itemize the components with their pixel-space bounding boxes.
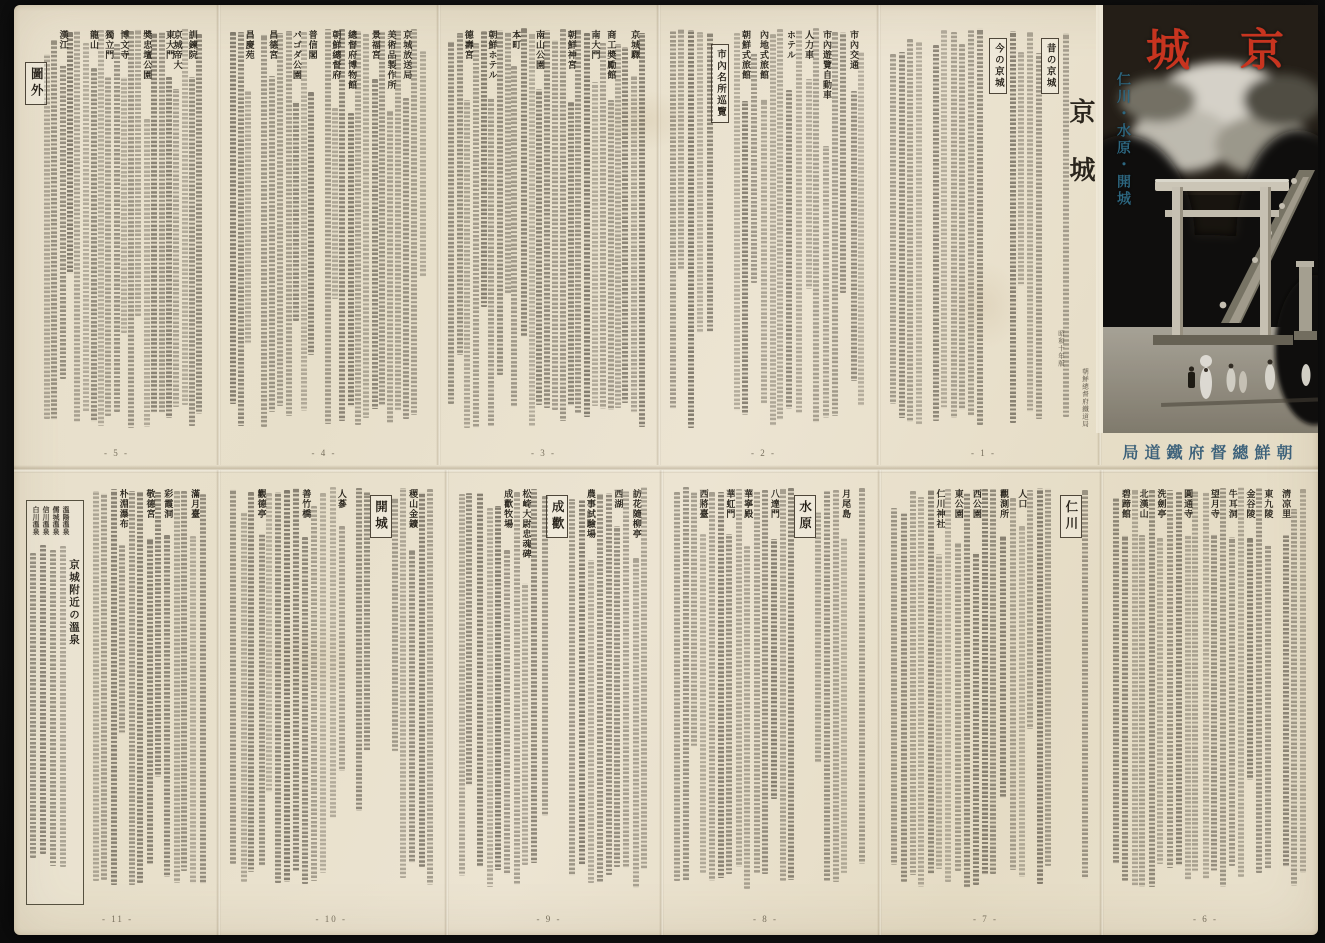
section-header: 西將臺	[698, 489, 711, 519]
text-column	[105, 77, 111, 416]
cover-title-char-1: 京	[1240, 14, 1284, 78]
boxed-title: 市內名所巡覽	[711, 44, 729, 123]
section-header: 松崎大尉忠魂碑	[521, 489, 534, 559]
text-column	[1132, 489, 1138, 886]
fold-line	[444, 470, 449, 935]
text-column	[771, 539, 777, 799]
text-column	[982, 489, 988, 875]
section-header: 內地式旅館	[758, 30, 771, 80]
page-number: - 2 -	[751, 448, 776, 458]
hot-springs-box: 京城附近の溫泉 溫陽溫泉儒城溫泉信川溫泉白川溫泉	[26, 500, 84, 905]
text-column	[1256, 488, 1262, 873]
text-column	[916, 42, 922, 425]
boxed-title: 圖外	[25, 62, 47, 105]
text-column	[736, 489, 742, 867]
text-column	[411, 29, 417, 414]
text-column	[50, 550, 56, 866]
section-header: 朝鮮總督府	[330, 30, 343, 80]
text-column	[147, 538, 153, 864]
text-column	[1211, 534, 1217, 871]
text-column	[907, 39, 913, 422]
section-header: 農事試驗場	[585, 489, 598, 539]
section-header: 華虹門	[724, 489, 737, 519]
text-column	[858, 52, 864, 406]
section-header: 南大門	[589, 30, 602, 60]
text-column	[487, 508, 493, 887]
section-header: 獨立門	[103, 30, 116, 60]
text-column	[44, 54, 50, 420]
cover-publisher: 局道鐵府督總鮮朝	[1103, 433, 1318, 469]
boxed-title: 昔の京城	[1041, 38, 1059, 94]
text-column	[137, 491, 143, 884]
text-column	[181, 491, 187, 871]
section-header: ホテル	[785, 30, 798, 60]
fold-line	[1099, 470, 1104, 935]
text-column	[477, 493, 483, 867]
text-column	[597, 493, 603, 883]
text-column	[51, 40, 57, 421]
section-header: 朝鮮式旅館	[740, 30, 753, 80]
text-column	[83, 43, 89, 412]
page-number: - 1 -	[971, 448, 996, 458]
text-column	[777, 29, 783, 420]
section-header: 圓通寺	[1182, 489, 1195, 519]
section-header: 觀德亭	[256, 489, 269, 519]
section-header: 東公園	[953, 489, 966, 519]
spring-name: 儒城溫泉	[49, 506, 59, 535]
text-column	[320, 493, 326, 873]
section-header: 朝鮮神宮	[566, 30, 579, 70]
text-column	[409, 550, 415, 863]
text-column	[293, 101, 299, 321]
text-column	[786, 90, 792, 409]
page-number: - 11 -	[102, 914, 133, 924]
text-column	[495, 506, 501, 871]
section-header: 市內交通	[848, 30, 861, 70]
section-header: 望月寺	[1209, 489, 1222, 519]
section-header: 淸凉里	[1280, 489, 1293, 519]
text-column	[1010, 31, 1016, 423]
text-column	[173, 89, 179, 407]
section-header: 朝鮮ホテル	[487, 30, 500, 80]
text-column	[1203, 492, 1209, 879]
text-column	[128, 31, 134, 428]
text-column	[951, 32, 957, 418]
text-column	[851, 91, 857, 381]
text-column	[91, 68, 97, 422]
text-column	[639, 33, 645, 427]
section-header: 訪花隨柳亭	[631, 489, 644, 539]
text-column	[674, 492, 680, 881]
section-header: 滿月臺	[189, 489, 202, 519]
text-column	[504, 550, 510, 875]
section-header: パゴダ公園	[291, 30, 304, 80]
text-column	[973, 552, 979, 885]
fold-line	[876, 5, 881, 465]
text-column	[560, 29, 566, 421]
page-number: - 9 -	[537, 914, 562, 924]
text-column	[1229, 537, 1235, 866]
section-header: 人蔘	[336, 489, 349, 509]
section-header: 月尾島	[840, 489, 853, 519]
text-column	[552, 40, 558, 410]
text-column	[1122, 535, 1128, 881]
text-column	[859, 488, 865, 865]
text-column	[977, 28, 983, 425]
section-header: 成歡牧場	[502, 489, 515, 529]
fold-line	[216, 5, 221, 465]
boxed-title: 水原	[794, 495, 816, 538]
text-column	[1265, 545, 1271, 869]
text-column	[275, 492, 281, 883]
text-column	[459, 494, 465, 876]
text-column	[633, 558, 639, 888]
text-column	[30, 553, 36, 859]
text-column	[941, 30, 947, 409]
text-column	[166, 77, 172, 418]
fold-line	[436, 5, 441, 465]
boxed-title: 仁川	[1060, 495, 1082, 538]
page-one-title: 京城	[1062, 98, 1099, 214]
text-column	[1000, 536, 1006, 798]
text-column	[529, 33, 535, 426]
text-column	[1157, 538, 1163, 865]
text-column	[614, 526, 620, 867]
text-column	[1247, 538, 1253, 780]
text-column	[330, 487, 336, 818]
text-column	[277, 33, 283, 405]
text-column	[259, 534, 265, 866]
section-header: 人口	[1016, 489, 1029, 509]
section-header: 昌慶苑	[244, 30, 257, 60]
text-column	[841, 538, 847, 874]
text-column	[403, 98, 409, 419]
text-column	[968, 30, 974, 416]
text-column	[1027, 32, 1033, 411]
text-column	[238, 32, 244, 427]
page-number: - 6 -	[1193, 914, 1218, 924]
text-column	[230, 32, 236, 404]
text-column	[901, 513, 907, 882]
text-column	[339, 526, 345, 771]
text-column	[1027, 490, 1033, 730]
section-header: 洗劍亭	[1155, 489, 1168, 519]
text-column	[248, 492, 254, 872]
text-column	[1283, 535, 1289, 867]
text-column	[833, 490, 839, 882]
text-column	[751, 53, 757, 283]
section-header: 北漢山	[1138, 489, 1151, 519]
text-column	[481, 31, 487, 307]
text-column	[511, 66, 517, 407]
section-header: 本町	[510, 30, 523, 50]
text-column	[40, 545, 46, 854]
text-column	[155, 492, 161, 778]
text-column	[899, 52, 905, 419]
text-column	[990, 489, 996, 874]
boxed-title: 開城	[370, 495, 392, 538]
text-column	[419, 492, 425, 867]
text-column	[588, 560, 594, 883]
text-column	[293, 488, 299, 871]
text-column	[1113, 498, 1119, 864]
section-header: 東九陵	[1262, 489, 1275, 519]
section-header: 博文寺	[118, 30, 131, 60]
text-column	[190, 536, 196, 884]
text-column	[936, 554, 942, 870]
text-column	[569, 499, 575, 877]
text-column	[151, 33, 157, 414]
section-header: 金谷陵	[1245, 489, 1258, 519]
section-header: 西湖	[612, 489, 625, 509]
text-column	[60, 546, 66, 867]
text-column	[631, 76, 637, 413]
section-header: 彩霞洞	[162, 489, 175, 519]
page-number: - 4 -	[312, 448, 337, 458]
page-number: - 5 -	[104, 448, 129, 458]
text-column	[726, 534, 732, 874]
section-header: 牛耳洞	[1227, 489, 1240, 519]
text-column	[1037, 488, 1043, 884]
section-header: 美術品製作所	[385, 30, 398, 90]
text-column	[119, 545, 125, 734]
text-column	[121, 77, 127, 333]
text-column	[111, 489, 117, 885]
text-column	[67, 32, 73, 274]
text-column	[823, 146, 829, 418]
text-column	[364, 492, 370, 751]
fold-line	[877, 470, 882, 935]
text-column	[1019, 526, 1025, 877]
section-header: 漢江	[58, 30, 71, 50]
section-header: 昌德宮	[267, 30, 280, 60]
text-column	[522, 583, 528, 865]
text-column	[301, 32, 307, 411]
text-column	[93, 491, 99, 881]
text-column	[678, 29, 684, 270]
text-column	[420, 51, 426, 277]
cover-title-char-2: 城	[1146, 14, 1190, 78]
spring-name: 白川溫泉	[29, 506, 39, 535]
boxed-title: 今の京城	[989, 38, 1007, 94]
text-column	[933, 45, 939, 421]
text-column	[189, 77, 195, 427]
text-column	[623, 491, 629, 868]
section-header: 德壽宮	[463, 30, 476, 60]
spring-name: 信川溫泉	[39, 506, 49, 535]
text-column	[1192, 491, 1198, 872]
page-number: - 3 -	[531, 448, 556, 458]
text-column	[579, 500, 585, 866]
section-header: 普信閣	[307, 30, 320, 60]
text-column	[348, 113, 354, 407]
text-column	[1139, 535, 1145, 888]
text-column	[311, 506, 317, 881]
section-header: 東大門	[164, 30, 177, 60]
text-column	[813, 28, 819, 423]
text-column	[780, 488, 786, 881]
text-column	[910, 491, 916, 875]
page-number: - 10 -	[316, 914, 348, 924]
boxed-title: 成歡	[546, 495, 568, 538]
edition-note: 昭和十年版	[1056, 330, 1065, 368]
text-column	[1291, 509, 1297, 887]
text-column	[709, 492, 715, 882]
text-column	[1167, 490, 1173, 868]
text-column	[606, 493, 612, 876]
text-column	[101, 493, 107, 880]
text-column	[1018, 52, 1024, 286]
text-column	[325, 29, 331, 425]
publisher-note: 朝鮮總督府鐵道局	[1080, 368, 1089, 428]
text-column	[230, 489, 236, 864]
text-column	[269, 76, 275, 412]
text-column	[542, 496, 548, 816]
text-column	[544, 30, 550, 408]
text-column	[1185, 535, 1191, 881]
text-column	[286, 31, 292, 416]
text-column	[945, 489, 951, 882]
section-header: 善竹橋	[300, 489, 313, 519]
text-column	[60, 65, 66, 380]
text-column	[568, 102, 574, 406]
section-header: 京城驛	[629, 30, 642, 60]
section-header: 市內遊覽自動車	[821, 30, 834, 100]
text-column	[387, 110, 393, 423]
section-header: 訓鍊院	[187, 30, 200, 60]
text-column	[488, 98, 494, 426]
cover-photo	[1103, 5, 1318, 433]
text-column	[135, 29, 141, 316]
text-column	[584, 33, 590, 417]
section-header: 稷山金鑛	[407, 489, 420, 529]
text-column	[200, 494, 206, 885]
text-column	[400, 488, 406, 878]
text-column	[700, 534, 706, 873]
text-column	[1010, 498, 1016, 871]
text-column	[505, 32, 511, 294]
text-column	[806, 79, 812, 289]
text-column	[1176, 492, 1182, 866]
text-column	[1300, 489, 1306, 873]
text-column	[770, 34, 776, 426]
text-column	[840, 32, 846, 293]
text-column	[261, 34, 267, 428]
section-header: 總督府博物館	[346, 30, 359, 90]
text-column	[266, 493, 272, 792]
fold-line	[656, 5, 661, 465]
text-column	[392, 498, 398, 752]
text-column	[241, 512, 247, 882]
text-column	[1082, 490, 1088, 879]
section-header: 京城放送局	[401, 30, 414, 80]
fold-line	[659, 470, 664, 935]
text-column	[164, 535, 170, 877]
text-column	[600, 43, 606, 409]
text-column	[615, 44, 621, 408]
text-column	[824, 491, 830, 881]
text-column	[1149, 490, 1155, 887]
text-column	[363, 34, 369, 418]
text-column	[691, 492, 697, 748]
text-column	[427, 489, 433, 886]
section-header: 南山公園	[534, 30, 547, 70]
text-column	[697, 32, 703, 333]
page-number: - 7 -	[973, 914, 998, 924]
text-column	[761, 99, 767, 404]
text-column	[302, 537, 308, 884]
text-column	[473, 43, 479, 428]
text-column	[683, 487, 689, 881]
text-column	[592, 82, 598, 406]
section-header: 人力車	[803, 30, 816, 60]
torii-shrine-photo	[1103, 5, 1318, 433]
text-column	[762, 490, 768, 874]
section-header: 觀測所	[998, 489, 1011, 519]
section-header: 仁川神社	[935, 489, 948, 529]
spring-name: 溫陽溫泉	[59, 506, 69, 535]
section-header: 華寧殿	[742, 489, 755, 519]
text-column	[744, 546, 750, 889]
text-column	[182, 28, 188, 405]
section-header: 景福宮	[370, 30, 383, 60]
text-column	[707, 33, 713, 332]
cover-subtitle: 仁川・水原・開城	[1112, 72, 1132, 208]
text-column	[114, 44, 120, 412]
text-column	[245, 91, 251, 344]
page-number: - 8 -	[753, 914, 778, 924]
text-column	[1045, 488, 1051, 866]
text-column	[964, 493, 970, 888]
text-column	[284, 490, 290, 882]
text-column	[1220, 488, 1226, 887]
text-column	[514, 492, 520, 884]
text-column	[308, 92, 314, 355]
text-column	[641, 487, 647, 869]
fold-line	[216, 470, 221, 935]
text-column	[98, 30, 104, 426]
text-column	[955, 542, 961, 872]
text-column	[815, 512, 821, 763]
text-column	[74, 31, 80, 423]
section-header: 朴淵瀑布	[118, 489, 131, 529]
text-column	[129, 491, 135, 885]
text-column	[159, 32, 165, 413]
section-header: 八達門	[769, 489, 782, 519]
text-column	[718, 492, 724, 879]
section-header: 敬德宮	[144, 489, 157, 519]
text-column	[796, 30, 802, 413]
text-column	[891, 508, 897, 866]
text-column	[918, 497, 924, 887]
text-column	[174, 491, 180, 883]
text-column	[196, 34, 202, 414]
text-column	[670, 31, 676, 408]
text-column	[890, 54, 896, 404]
text-column	[379, 31, 385, 404]
scanned-brochure-photo: 訓鍊院京城帝大東大門奬忠壇公園博文寺獨立門龍山漢江圖外- 5 -京城放送局美術品…	[0, 0, 1325, 943]
text-column	[928, 490, 934, 874]
text-column	[734, 33, 740, 411]
section-header: 奬忠壇公園	[141, 30, 154, 80]
text-column	[339, 29, 345, 422]
text-column	[608, 100, 614, 410]
text-column	[466, 493, 472, 786]
text-column	[464, 100, 470, 428]
cover-torn-edge	[1096, 5, 1103, 433]
text-column	[536, 89, 542, 405]
text-column	[1036, 53, 1042, 419]
